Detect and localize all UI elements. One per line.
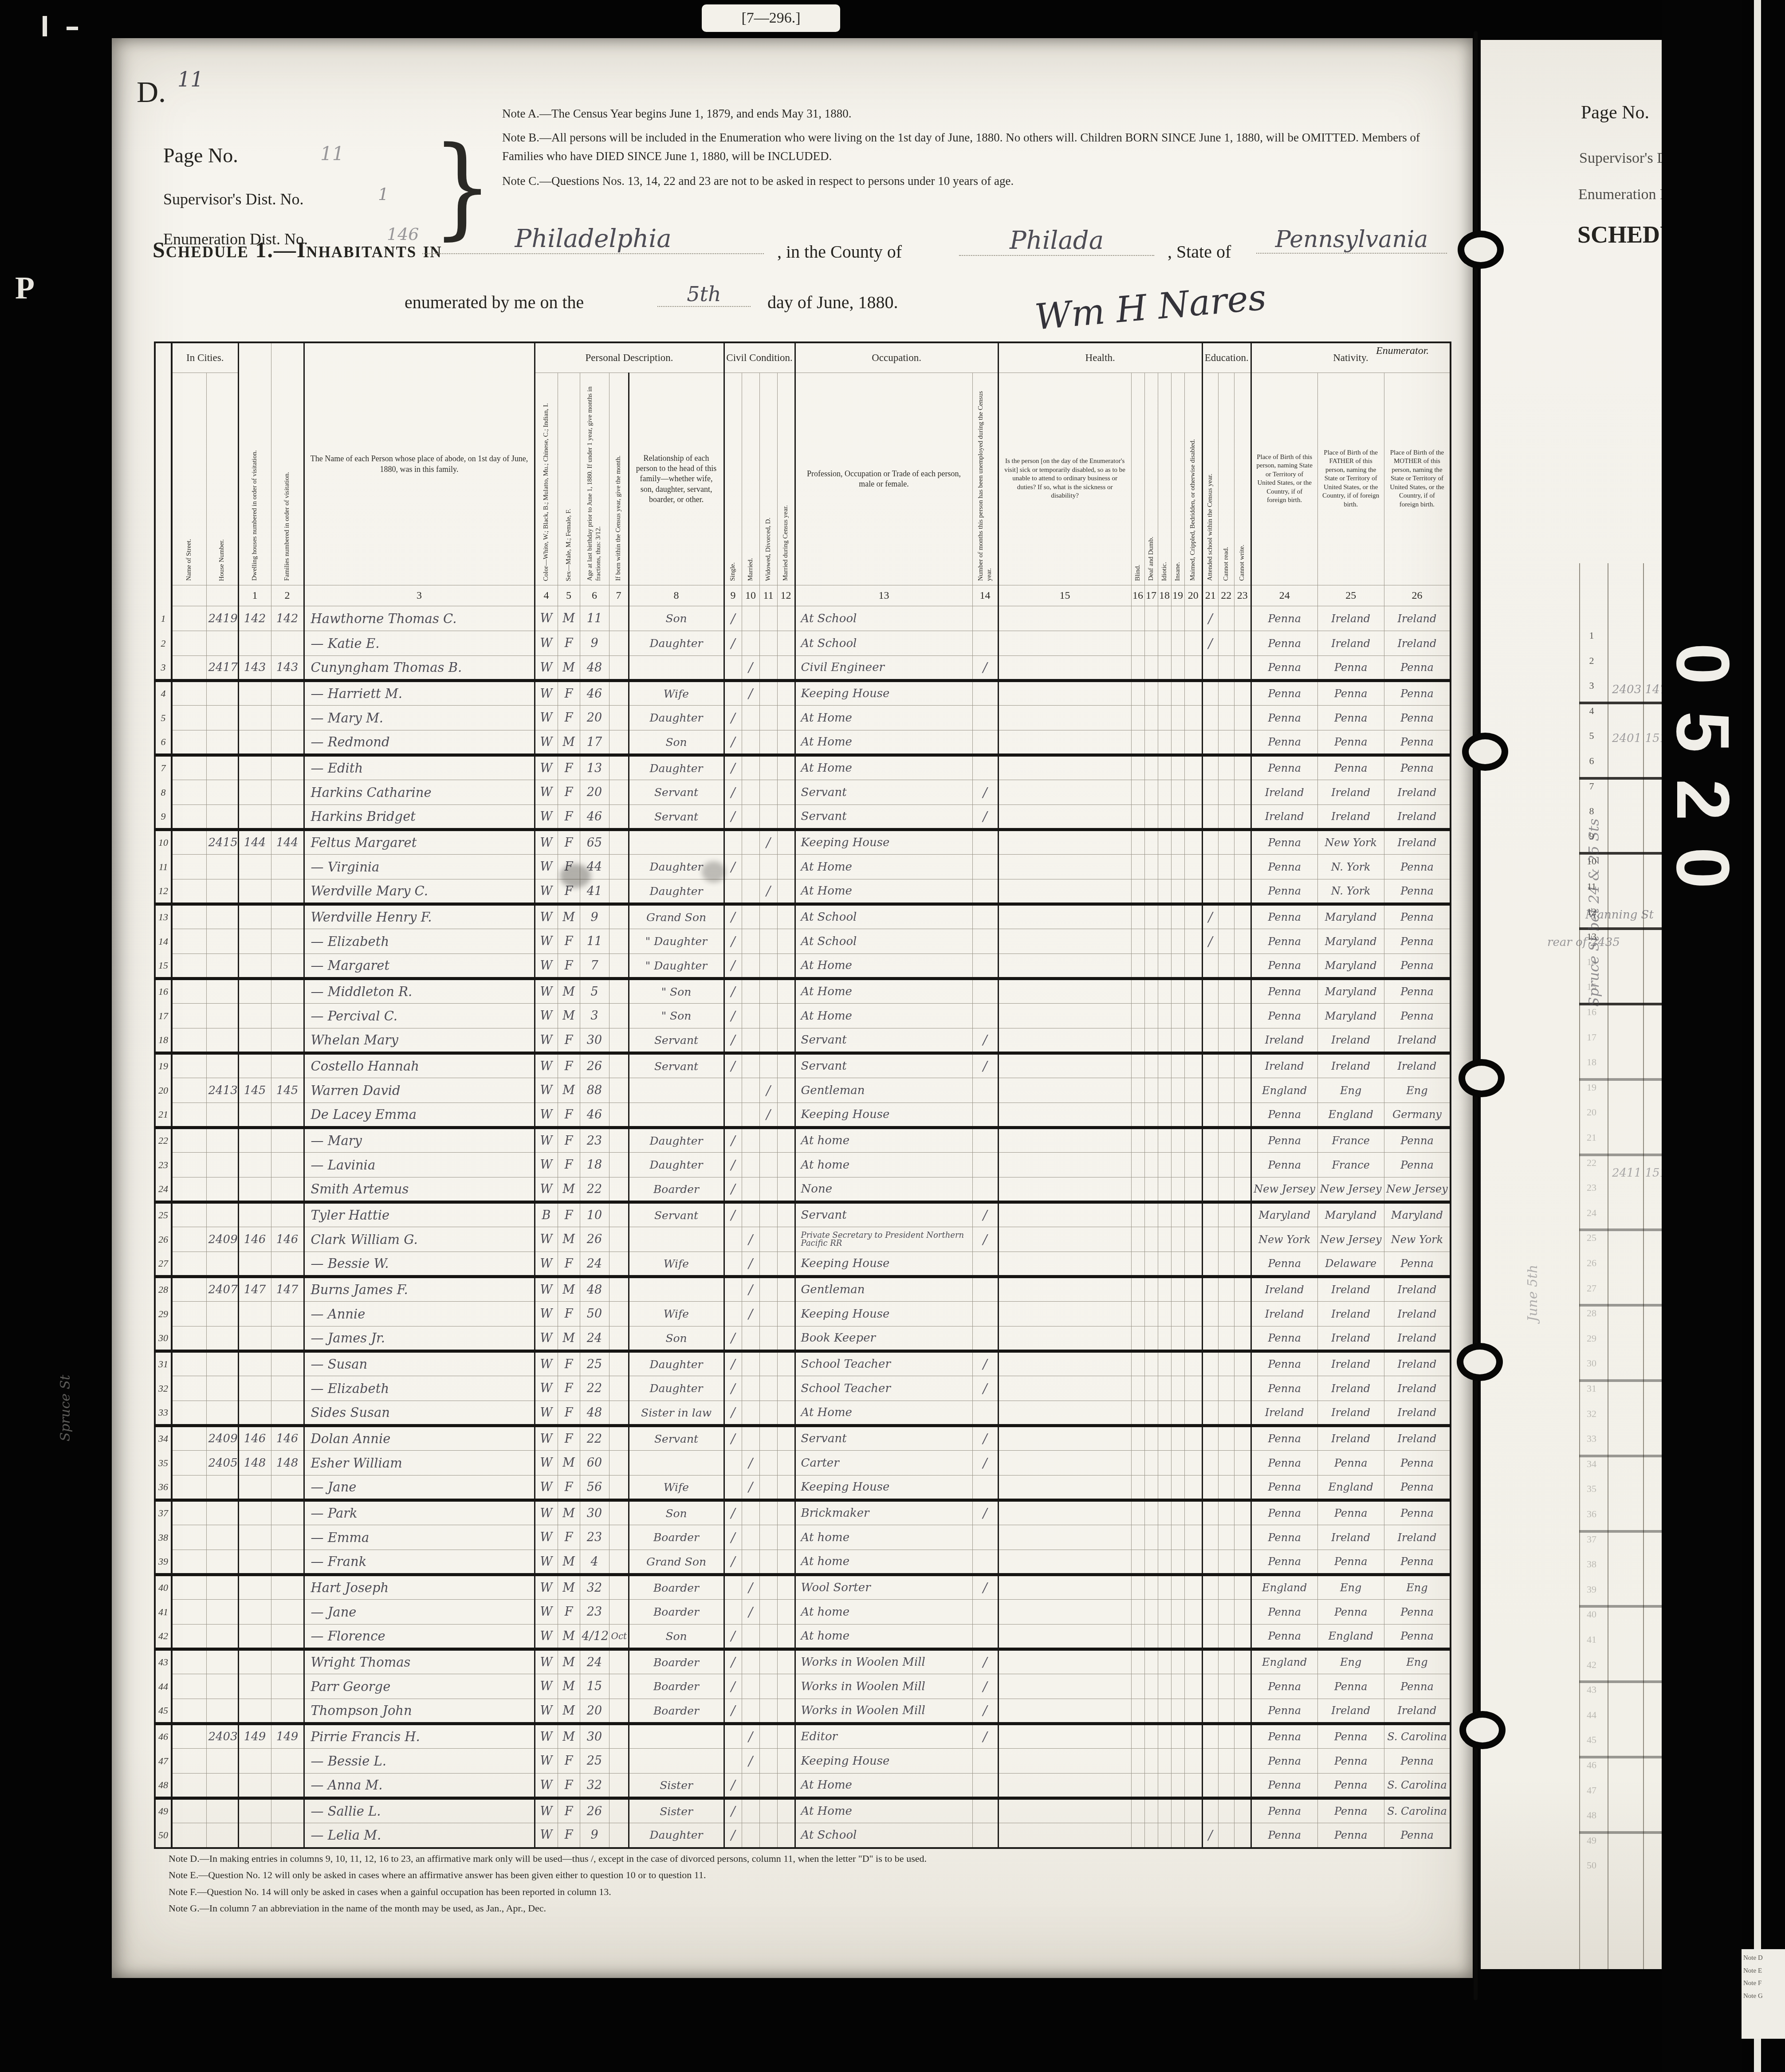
house-number — [206, 805, 238, 830]
np-line-number: 21 — [1582, 1132, 1601, 1143]
age: 48 — [580, 656, 609, 681]
idiotic-mark — [1158, 1451, 1171, 1476]
idiotic-mark — [1158, 1500, 1171, 1525]
idiotic-mark — [1158, 1823, 1171, 1848]
np-house-entry: 2403 147 — [1612, 683, 1662, 696]
school-mark — [1202, 1004, 1218, 1028]
blind-mark — [1131, 606, 1144, 631]
single-mark: / — [724, 805, 742, 830]
single-mark — [724, 1252, 742, 1277]
dwelling-number — [238, 979, 271, 1004]
line-number: 6 — [155, 730, 172, 755]
np-date-script: June 5th — [1525, 1135, 1541, 1322]
house-number — [206, 1798, 238, 1823]
widowed-mark — [759, 1376, 777, 1401]
mother-birthplace: Penna — [1384, 1476, 1451, 1500]
sickness — [998, 1550, 1131, 1575]
widowed-mark — [759, 730, 777, 755]
maimed-mark — [1184, 1674, 1202, 1699]
age: 13 — [580, 755, 609, 780]
street — [172, 656, 206, 681]
blind-mark — [1131, 1749, 1144, 1774]
relationship: Sister — [629, 1798, 724, 1823]
married-mark — [742, 1823, 759, 1848]
dwelling-number: 148 — [238, 1451, 271, 1476]
cannot-read-mark — [1218, 929, 1234, 954]
line-number: 45 — [155, 1699, 172, 1724]
married-cy-mark — [777, 1004, 795, 1028]
blind-mark — [1131, 1053, 1144, 1078]
street — [172, 830, 206, 855]
age: 50 — [580, 1302, 609, 1326]
col-number-14: 14 — [972, 585, 998, 606]
relationship: Boarder — [629, 1649, 724, 1674]
house-number — [206, 904, 238, 929]
idiotic-mark — [1158, 879, 1171, 904]
father-birthplace: Penna — [1317, 1550, 1384, 1575]
cannot-read-mark — [1218, 1649, 1234, 1674]
insane-mark — [1171, 1724, 1184, 1749]
corner-note: Note E — [1743, 1965, 1785, 1978]
margin-p-mark: P — [15, 270, 35, 306]
occupation: At home — [795, 1600, 972, 1625]
maimed-mark — [1184, 855, 1202, 879]
idiotic-mark — [1158, 1749, 1171, 1774]
single-mark: / — [724, 631, 742, 656]
house-number — [206, 631, 238, 656]
color: W — [535, 1724, 558, 1749]
sex: F — [558, 755, 580, 780]
widowed-mark — [759, 1153, 777, 1177]
house-number — [206, 1202, 238, 1227]
unemployed-mark — [972, 929, 998, 954]
married-cy-mark — [777, 929, 795, 954]
dwelling-number — [238, 1128, 271, 1153]
person-name: Tyler Hattie — [304, 1202, 535, 1227]
idiotic-mark — [1158, 1177, 1171, 1202]
relationship: Daughter — [629, 879, 724, 904]
occupation: Servant — [795, 780, 972, 805]
married-cy-mark — [777, 706, 795, 730]
film-band — [1662, 0, 1742, 2072]
married-mark — [742, 780, 759, 805]
line-number: 16 — [155, 979, 172, 1004]
school-mark — [1202, 1625, 1218, 1649]
father-birthplace: France — [1317, 1153, 1384, 1177]
age: 32 — [580, 1774, 609, 1798]
person-name: Harkins Bridget — [304, 805, 535, 830]
sex: M — [558, 606, 580, 631]
mother-birthplace: Ireland — [1384, 1351, 1451, 1376]
person-name: — Middleton R. — [304, 979, 535, 1004]
birthplace: Penna — [1251, 1600, 1317, 1625]
school-mark — [1202, 1575, 1218, 1600]
maimed-mark — [1184, 1575, 1202, 1600]
person-name: — Elizabeth — [304, 1376, 535, 1401]
col-number-9: 9 — [724, 585, 742, 606]
single-mark: / — [724, 1177, 742, 1202]
mother-birthplace: Ireland — [1384, 1376, 1451, 1401]
street — [172, 1103, 206, 1128]
married-cy-mark — [777, 1103, 795, 1128]
margin-scratch — [43, 16, 47, 36]
person-row-38: 38— EmmaWF23Boarder/At homePennaIrelandI… — [155, 1525, 1451, 1550]
col-unemployed-header: Number of months this person has been un… — [972, 373, 998, 585]
single-mark: / — [724, 1326, 742, 1351]
married-mark — [742, 1774, 759, 1798]
house-number — [206, 1376, 238, 1401]
birthplace: Penna — [1251, 606, 1317, 631]
single-mark: / — [724, 755, 742, 780]
married-cy-mark — [777, 1600, 795, 1625]
np-line-number: 46 — [1582, 1759, 1601, 1771]
np-heavy-rule — [1579, 1831, 1662, 1834]
dwelling-number — [238, 780, 271, 805]
county-label: , in the County of — [777, 241, 902, 262]
school-mark — [1202, 1376, 1218, 1401]
cannot-write-mark — [1234, 1053, 1251, 1078]
widowed-mark: / — [759, 879, 777, 904]
school-mark — [1202, 1128, 1218, 1153]
occupation: None — [795, 1177, 972, 1202]
married-mark — [742, 805, 759, 830]
person-row-20: 202413145145Warren DavidWM88/GentlemanEn… — [155, 1078, 1451, 1103]
person-row-3: 32417143143Cunyngham Thomas B.WM48/Civil… — [155, 656, 1451, 681]
school-mark — [1202, 1798, 1218, 1823]
col-number-blank — [206, 585, 238, 606]
married-mark: / — [742, 1227, 759, 1252]
cannot-write-mark — [1234, 954, 1251, 979]
np-heavy-rule — [1579, 1078, 1662, 1081]
family-number — [271, 979, 304, 1004]
family-number — [271, 780, 304, 805]
note-d: Note D.—In making entries in columns 9, … — [169, 1850, 1411, 1867]
father-birthplace: New York — [1317, 830, 1384, 855]
house-number — [206, 855, 238, 879]
family-number — [271, 1302, 304, 1326]
street — [172, 1749, 206, 1774]
father-birthplace: France — [1317, 1128, 1384, 1153]
cannot-read-mark — [1218, 706, 1234, 730]
cannot-write-mark — [1234, 1202, 1251, 1227]
deaf-mark — [1144, 1550, 1158, 1575]
unemployed-mark — [972, 830, 998, 855]
sex: F — [558, 1600, 580, 1625]
idiotic-mark — [1158, 1351, 1171, 1376]
unemployed-mark — [972, 1302, 998, 1326]
married-mark — [742, 1128, 759, 1153]
married-mark: / — [742, 1476, 759, 1500]
idiotic-mark — [1158, 904, 1171, 929]
person-row-45: 45Thompson JohnWM20Boarder/Works in Wool… — [155, 1699, 1451, 1724]
color: W — [535, 904, 558, 929]
house-number — [206, 1550, 238, 1575]
school-mark — [1202, 780, 1218, 805]
maimed-mark — [1184, 1302, 1202, 1326]
unemployed-mark — [972, 681, 998, 706]
cannot-read-mark — [1218, 1053, 1234, 1078]
birthplace: Penna — [1251, 1376, 1317, 1401]
col-sex-header: Sex—Male, M.; Female, F. — [558, 373, 580, 585]
cannot-write-mark — [1234, 1177, 1251, 1202]
single-mark — [724, 1724, 742, 1749]
line-number: 50 — [155, 1823, 172, 1848]
family-number: 149 — [271, 1724, 304, 1749]
color: W — [535, 681, 558, 706]
occupation: Works in Woolen Mill — [795, 1699, 972, 1724]
birthplace: Penna — [1251, 979, 1317, 1004]
unemployed-mark — [972, 855, 998, 879]
dwelling-number — [238, 1823, 271, 1848]
person-name: — Jane — [304, 1600, 535, 1625]
maimed-mark — [1184, 1326, 1202, 1351]
birth-month — [609, 929, 629, 954]
sickness — [998, 1053, 1131, 1078]
birth-month — [609, 1451, 629, 1476]
census-page: D. 11 Page No. 11 Supervisor's Dist. No.… — [112, 38, 1473, 1978]
sickness — [998, 1451, 1131, 1476]
line-number: 31 — [155, 1351, 172, 1376]
series-letter: D. — [137, 75, 166, 110]
unemployed-mark: / — [972, 1649, 998, 1674]
street — [172, 1600, 206, 1625]
family-number: 146 — [271, 1426, 304, 1451]
street — [172, 979, 206, 1004]
single-mark: / — [724, 1128, 742, 1153]
maimed-mark — [1184, 1500, 1202, 1525]
blind-mark — [1131, 1326, 1144, 1351]
sickness — [998, 1625, 1131, 1649]
person-row-23: 23— LaviniaWF18Daughter/At homePennaFran… — [155, 1153, 1451, 1177]
cannot-read-mark — [1218, 954, 1234, 979]
sex: F — [558, 830, 580, 855]
relationship — [629, 1277, 724, 1302]
person-row-2: 2— Katie E.WF9Daughter/At School/PennaIr… — [155, 631, 1451, 656]
mother-birthplace: Ireland — [1384, 1326, 1451, 1351]
relationship: Daughter — [629, 1153, 724, 1177]
birthplace: Penna — [1251, 1326, 1317, 1351]
idiotic-mark — [1158, 1774, 1171, 1798]
note-f: Note F.—Question No. 14 will only be ask… — [169, 1884, 1411, 1900]
street — [172, 1798, 206, 1823]
birth-month — [609, 1004, 629, 1028]
dwelling-number — [238, 1252, 271, 1277]
insane-mark — [1171, 1625, 1184, 1649]
widowed-mark — [759, 780, 777, 805]
idiotic-mark — [1158, 1476, 1171, 1500]
person-name: — Bessie L. — [304, 1749, 535, 1774]
cannot-read-mark — [1218, 1500, 1234, 1525]
street — [172, 1575, 206, 1600]
house-number — [206, 1476, 238, 1500]
dwelling-number — [238, 1028, 271, 1053]
color: W — [535, 1153, 558, 1177]
page-no-label: Page No. — [163, 144, 238, 167]
insane-header-text: Insane. — [1174, 562, 1182, 581]
person-name: — Redmond — [304, 730, 535, 755]
occupation: Keeping House — [795, 1476, 972, 1500]
idiotic-mark — [1158, 1302, 1171, 1326]
idiotic-mark — [1158, 1004, 1171, 1028]
deaf-mark — [1144, 656, 1158, 681]
dwelling-number — [238, 954, 271, 979]
deaf-mark — [1144, 1674, 1158, 1699]
street — [172, 1227, 206, 1252]
family-number — [271, 1103, 304, 1128]
age: 17 — [580, 730, 609, 755]
school-mark — [1202, 979, 1218, 1004]
unemployed-mark — [972, 730, 998, 755]
cannot-write-mark — [1234, 631, 1251, 656]
line-number: 32 — [155, 1376, 172, 1401]
dwelling-number — [238, 1649, 271, 1674]
age: 7 — [580, 954, 609, 979]
col-birthplace-header: Place of Birth of this person, naming St… — [1251, 373, 1317, 585]
insane-mark — [1171, 1153, 1184, 1177]
sickness — [998, 1500, 1131, 1525]
np-line-number: 25 — [1582, 1232, 1601, 1244]
family-number — [271, 681, 304, 706]
married-mark: / — [742, 681, 759, 706]
married-mark — [742, 1550, 759, 1575]
np-line-number: 4 — [1582, 705, 1601, 717]
father-birthplace: Penna — [1317, 1600, 1384, 1625]
deaf-header-text: Deaf and Dumb. — [1147, 537, 1156, 581]
married-cy-mark — [777, 1500, 795, 1525]
father-birthplace: Penna — [1317, 1774, 1384, 1798]
np-heavy-rule — [1579, 1379, 1662, 1382]
school-mark — [1202, 755, 1218, 780]
maimed-mark — [1184, 1227, 1202, 1252]
street — [172, 755, 206, 780]
sickness — [998, 1202, 1131, 1227]
person-row-16: 16— Middleton R.WM5" Son/At HomePennaMar… — [155, 979, 1451, 1004]
married-mark — [742, 929, 759, 954]
insane-mark — [1171, 929, 1184, 954]
married-cy-mark — [777, 1575, 795, 1600]
insane-mark — [1171, 1078, 1184, 1103]
widowed-mark — [759, 1525, 777, 1550]
married-cy-mark — [777, 1550, 795, 1575]
house-number — [206, 1028, 238, 1053]
person-name: Pirrie Francis H. — [304, 1724, 535, 1749]
school-mark — [1202, 1674, 1218, 1699]
col-blind-header: Blind. — [1131, 373, 1144, 585]
idiotic-mark — [1158, 1674, 1171, 1699]
widowed-header-text: Widowed, Divorced, D. — [764, 518, 773, 581]
mother-birthplace: Penna — [1384, 1153, 1451, 1177]
col-number-21: 21 — [1202, 585, 1218, 606]
cannot-read-mark — [1218, 805, 1234, 830]
relationship: Daughter — [629, 1128, 724, 1153]
dwelling-number: 149 — [238, 1724, 271, 1749]
deaf-mark — [1144, 1376, 1158, 1401]
age: 4 — [580, 1550, 609, 1575]
relationship: Daughter — [629, 631, 724, 656]
age: 30 — [580, 1724, 609, 1749]
enumerator-signature: Wm H Nares — [1033, 276, 1268, 337]
widowed-mark — [759, 1302, 777, 1326]
birth-month — [609, 1153, 629, 1177]
father-birthplace: Maryland — [1317, 954, 1384, 979]
sickness — [998, 1724, 1131, 1749]
cannot-write-mark — [1234, 730, 1251, 755]
widowed-mark — [759, 1401, 777, 1426]
cannot-write-mark — [1234, 1724, 1251, 1749]
widowed-mark — [759, 1128, 777, 1153]
occupation: At Home — [795, 879, 972, 904]
sickness — [998, 1774, 1131, 1798]
family-number — [271, 1476, 304, 1500]
cannot-read-mark — [1218, 1004, 1234, 1028]
father-birthplace: Ireland — [1317, 1351, 1384, 1376]
idiotic-mark — [1158, 929, 1171, 954]
blind-mark — [1131, 1649, 1144, 1674]
family-number — [271, 929, 304, 954]
census-table: In Cities. Dwelling houses numbered in o… — [154, 341, 1451, 1849]
father-birthplace: Ireland — [1317, 1376, 1384, 1401]
widowed-mark — [759, 1451, 777, 1476]
maimed-mark — [1184, 1401, 1202, 1426]
sickness — [998, 1476, 1131, 1500]
group-header-row: In Cities. Dwelling houses numbered in o… — [155, 342, 1451, 373]
widowed-mark — [759, 1028, 777, 1053]
maimed-mark — [1184, 1600, 1202, 1625]
relationship: Daughter — [629, 706, 724, 730]
widowed-mark — [759, 1724, 777, 1749]
dwelling-number — [238, 1550, 271, 1575]
age: 48 — [580, 1277, 609, 1302]
maimed-mark — [1184, 805, 1202, 830]
insane-mark — [1171, 681, 1184, 706]
street — [172, 929, 206, 954]
insane-mark — [1171, 1277, 1184, 1302]
col-number-8: 8 — [629, 585, 724, 606]
relationship: Daughter — [629, 1823, 724, 1848]
unemployed-mark — [972, 1078, 998, 1103]
house-number — [206, 1674, 238, 1699]
widowed-mark — [759, 1823, 777, 1848]
col-relationship-header: Relationship of each person to the head … — [629, 373, 724, 585]
street — [172, 606, 206, 631]
street — [172, 1252, 206, 1277]
father-birthplace: Penna — [1317, 1451, 1384, 1476]
unemployed-header-text: Number of months this person has been un… — [977, 379, 994, 581]
relationship: Sister in law — [629, 1401, 724, 1426]
person-row-28: 282407147147Burns James F.WM48/Gentleman… — [155, 1277, 1451, 1302]
married-mark — [742, 1649, 759, 1674]
family-number — [271, 1550, 304, 1575]
sickness — [998, 1401, 1131, 1426]
blind-mark — [1131, 730, 1144, 755]
insane-mark — [1171, 1798, 1184, 1823]
maimed-mark — [1184, 979, 1202, 1004]
age: 46 — [580, 1103, 609, 1128]
birthplace: Penna — [1251, 1625, 1317, 1649]
blind-header-text: Blind. — [1134, 565, 1142, 581]
age: 5 — [580, 979, 609, 1004]
idiotic-mark — [1158, 1699, 1171, 1724]
line-number: 26 — [155, 1227, 172, 1252]
mother-birthplace: Ireland — [1384, 805, 1451, 830]
dwelling-number — [238, 929, 271, 954]
dwelling-number — [238, 730, 271, 755]
birthplace: England — [1251, 1078, 1317, 1103]
maimed-mark — [1184, 755, 1202, 780]
line-number: 4 — [155, 681, 172, 706]
color: W — [535, 1500, 558, 1525]
father-birthplace: Ireland — [1317, 805, 1384, 830]
